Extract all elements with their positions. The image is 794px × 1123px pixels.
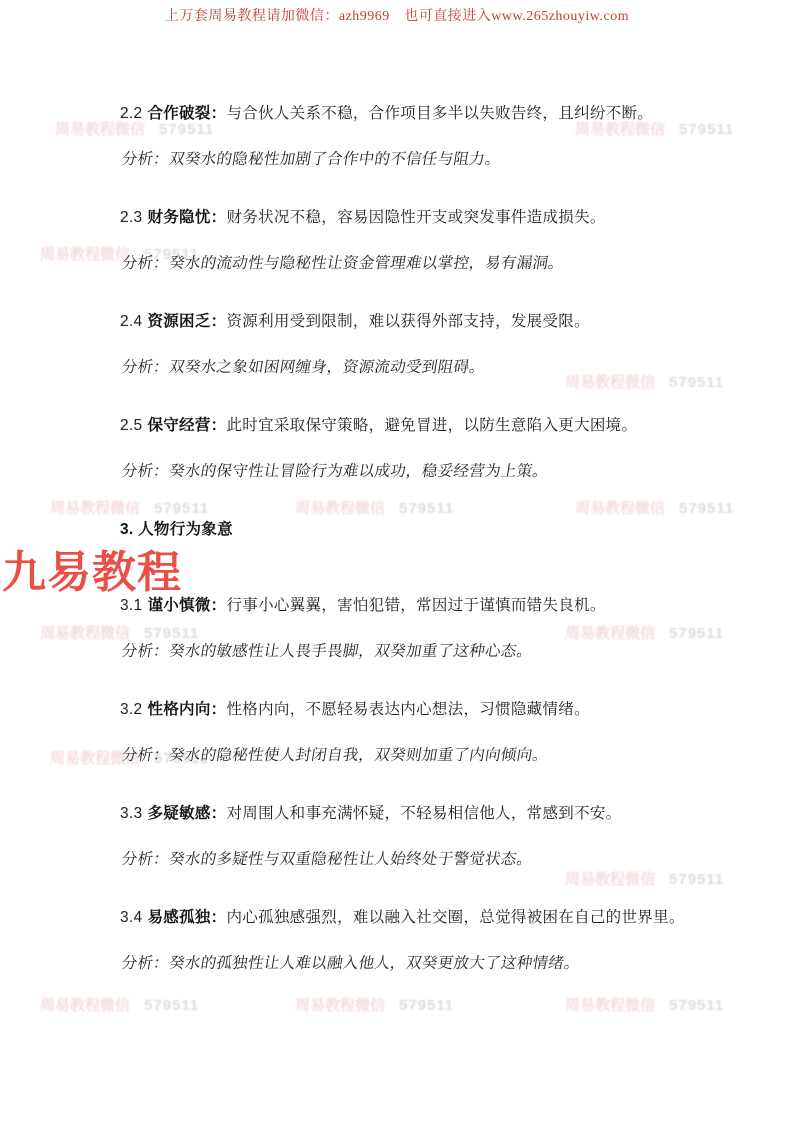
- analysis-text: 分析：癸水的敏感性让人畏手畏脚，双癸加重了这种心态。: [120, 642, 534, 662]
- section-title-line: 2.5保守经营：此时宜采取保守策略，避免冒进，以防生意陷入更大困境。: [120, 416, 720, 436]
- section-title-line: 3.3多疑敏感：对周围人和事充满怀疑，不轻易相信他人，常感到不安。: [120, 804, 720, 824]
- analysis-text: 分析：癸水的孤独性让人难以融入他人，双癸更放大了这种情绪。: [120, 954, 581, 974]
- document-page: 上万套周易教程请加微信：azh9969 也可直接进入www.265zhouyiw…: [0, 0, 794, 1123]
- section-title: 谨小慎微：: [147, 597, 226, 614]
- section-number: 3.1: [120, 597, 142, 614]
- section-text: 财务状况不稳，容易因隐性开支或突发事件造成损失。: [226, 209, 605, 226]
- section-text: 行事小心翼翼，害怕犯错，常因过于谨慎而错失良机。: [226, 597, 605, 614]
- section-number: 3.2: [120, 701, 142, 718]
- analysis-text: 分析：癸水的隐秘性使人封闭自我，双癸则加重了内向倾向。: [120, 746, 550, 766]
- section-text: 性格内向，不愿轻易表达内心想法，习惯隐藏情绪。: [226, 701, 589, 718]
- analysis-line: 分析：癸水的孤独性让人难以融入他人，双癸更放大了这种情绪。: [120, 954, 720, 974]
- page-header-promo: 上万套周易教程请加微信：azh9969 也可直接进入www.265zhouyiw…: [0, 5, 794, 25]
- section-number: 2.2: [120, 105, 142, 122]
- analysis-line: 分析：癸水的保守性让冒险行为难以成功，稳妥经营为上策。: [120, 462, 720, 482]
- section-title-line: 2.2合作破裂：与合伙人关系不稳，合作项目多半以失败告终，且纠纷不断。: [120, 104, 720, 124]
- section-number: 3.3: [120, 805, 142, 822]
- section-title: 多疑敏感：: [147, 805, 226, 822]
- section-title-line: 3.1谨小慎微：行事小心翼翼，害怕犯错，常因过于谨慎而错失良机。: [120, 596, 720, 616]
- analysis-line: 分析：癸水的流动性与隐秘性让资金管理难以掌控，易有漏洞。: [120, 254, 720, 274]
- analysis-text: 分析：癸水的多疑性与双重隐秘性让人始终处于警觉状态。: [120, 850, 534, 870]
- section-title-line: 3.2性格内向：性格内向，不愿轻易表达内心想法，习惯隐藏情绪。: [120, 700, 720, 720]
- document-content: 2.2合作破裂：与合伙人关系不稳，合作项目多半以失败告终，且纠纷不断。 分析：双…: [120, 104, 720, 1012]
- analysis-text: 分析：癸水的保守性让冒险行为难以成功，稳妥经营为上策。: [120, 462, 550, 482]
- analysis-text: 分析：癸水的流动性与隐秘性让资金管理难以掌控，易有漏洞。: [120, 254, 566, 274]
- section-text: 资源利用受到限制，难以获得外部支持，发展受限。: [226, 313, 589, 330]
- section-title: 财务隐忧：: [147, 209, 226, 226]
- section-number: 2.5: [120, 417, 142, 434]
- section-title: 性格内向：: [147, 701, 226, 718]
- section-number: 2.3: [120, 209, 142, 226]
- section-title-line: 2.3财务隐忧：财务状况不稳，容易因隐性开支或突发事件造成损失。: [120, 208, 720, 228]
- section-text: 内心孤独感强烈，难以融入社交圈，总觉得被困在自己的世界里。: [226, 909, 684, 926]
- analysis-text: 分析：双癸水之象如困网缠身，资源流动受到阻碍。: [120, 358, 487, 378]
- analysis-line: 分析：癸水的多疑性与双重隐秘性让人始终处于警觉状态。: [120, 850, 720, 870]
- section-title-line: 3.4易感孤独：内心孤独感强烈，难以融入社交圈，总觉得被困在自己的世界里。: [120, 908, 720, 928]
- section-title-line: 2.4资源困乏：资源利用受到限制，难以获得外部支持，发展受限。: [120, 312, 720, 332]
- analysis-line: 分析：癸水的隐秘性使人封闭自我，双癸则加重了内向倾向。: [120, 746, 720, 766]
- section-text: 与合伙人关系不稳，合作项目多半以失败告终，且纠纷不断。: [226, 105, 653, 122]
- section-text: 对周围人和事充满怀疑，不轻易相信他人，常感到不安。: [226, 805, 621, 822]
- analysis-text: 分析：双癸水的隐秘性加剧了合作中的不信任与阻力。: [120, 150, 502, 170]
- section-number: 2.4: [120, 313, 142, 330]
- section-number: 3.4: [120, 909, 142, 926]
- analysis-line: 分析：双癸水之象如困网缠身，资源流动受到阻碍。: [120, 358, 720, 378]
- section-title: 易感孤独：: [147, 909, 226, 926]
- section-text: 此时宜采取保守策略，避免冒进，以防生意陷入更大困境。: [226, 417, 637, 434]
- section-title: 保守经营：: [147, 417, 226, 434]
- section-title: 资源困乏：: [147, 313, 226, 330]
- analysis-line: 分析：双癸水的隐秘性加剧了合作中的不信任与阻力。: [120, 150, 720, 170]
- analysis-line: 分析：癸水的敏感性让人畏手畏脚，双癸加重了这种心态。: [120, 642, 720, 662]
- chapter-heading: 3. 人物行为象意: [120, 520, 720, 540]
- section-title: 合作破裂：: [147, 105, 226, 122]
